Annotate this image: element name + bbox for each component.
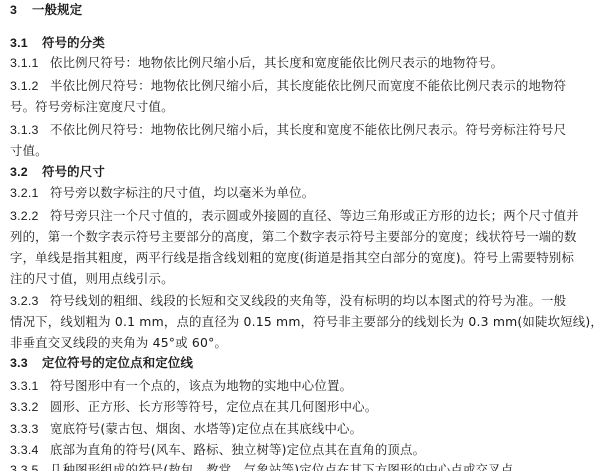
chapter-heading: 3一般规定 <box>10 2 82 18</box>
clause-3-2-2-cont-1: 列的，第一个数字表示符号主要部分的高度，第二个数字表示符号主要部分的宽度；线状符… <box>10 229 577 245</box>
clause-number: 3.3.5 <box>10 462 50 471</box>
clause-3-1-3: 3.1.3不依比例尺符号：地物依比例尺缩小后，其长度和宽度不能依比例尺表示。符号… <box>10 122 566 138</box>
chapter-title: 一般规定 <box>32 2 82 17</box>
clause-3-2-3-cont-1: 情况下，线划粗为 0.1 mm，点的直径为 0.15 mm，符号非主要部分的线划… <box>10 314 600 330</box>
clause-number: 3.1.2 <box>10 78 50 94</box>
section-number: 3.3 <box>10 355 42 371</box>
clause-text: 几种图形组成的符号(敖包、教堂、气象站等)定位点在其下方图形的中心点或交叉点。 <box>50 462 526 471</box>
clause-text: 依比例尺符号：地物依比例尺缩小后，其长度和宽度能依比例尺表示的地物符号。 <box>50 55 503 70</box>
section-title: 符号的尺寸 <box>42 164 105 179</box>
clause-3-1-2-cont: 号。符号旁标注宽度尺寸值。 <box>10 99 174 115</box>
clause-number: 3.2.1 <box>10 185 50 201</box>
clause-text: 符号旁以数字标注的尺寸值，均以毫米为单位。 <box>50 185 314 200</box>
clause-text: 不依比例尺符号：地物依比例尺缩小后，其长度和宽度不能依比例尺表示。符号旁标注符号… <box>50 122 566 137</box>
clause-text: 符号图形中有一个点的，该点为地物的实地中心位置。 <box>50 378 352 393</box>
clause-3-2-3: 3.2.3符号线划的粗细、线段的长短和交叉线段的夹角等，没有标明的均以本图式的符… <box>10 293 566 309</box>
clause-3-3-1: 3.3.1符号图形中有一个点的，该点为地物的实地中心位置。 <box>10 378 352 394</box>
clause-text: 情况下，线划粗为 0.1 mm，点的直径为 0.15 mm，符号非主要部分的线划… <box>10 314 600 329</box>
section-title: 符号的分类 <box>42 35 105 50</box>
chapter-number: 3 <box>10 2 32 18</box>
section-number: 3.1 <box>10 35 42 51</box>
clause-number: 3.2.3 <box>10 293 50 309</box>
clause-number: 3.3.3 <box>10 421 50 437</box>
section-heading-3-2: 3.2符号的尺寸 <box>10 164 105 180</box>
section-title: 定位符号的定位点和定位线 <box>42 355 193 370</box>
clause-3-3-5: 3.3.5几种图形组成的符号(敖包、教堂、气象站等)定位点在其下方图形的中心点或… <box>10 462 526 471</box>
clause-text: 符号旁只注一个尺寸值的，表示圆或外接圆的直径、等边三角形或正方形的边长；两个尺寸… <box>50 208 579 223</box>
clause-text: 宽底符号(蒙古包、烟囱、水塔等)定位点在其底线中心。 <box>50 421 362 436</box>
clause-number: 3.3.4 <box>10 442 50 458</box>
clause-3-2-3-cont-2: 非垂直交叉线段的夹角为 45°或 60°。 <box>10 335 227 351</box>
clause-3-1-1: 3.1.1依比例尺符号：地物依比例尺缩小后，其长度和宽度能依比例尺表示的地物符号… <box>10 55 503 71</box>
clause-text: 注的尺寸值，则用点线引示。 <box>10 271 174 286</box>
clause-3-2-2-cont-3: 注的尺寸值，则用点线引示。 <box>10 271 174 287</box>
clause-number: 3.3.1 <box>10 378 50 394</box>
clause-text: 非垂直交叉线段的夹角为 45°或 60°。 <box>10 335 227 350</box>
clause-number: 3.3.2 <box>10 399 50 415</box>
clause-3-1-2: 3.1.2半依比例尺符号：地物依比例尺缩小后，其长度能依比例尺而宽度不能依比例尺… <box>10 78 566 94</box>
section-number: 3.2 <box>10 164 42 180</box>
section-heading-3-1: 3.1符号的分类 <box>10 35 105 51</box>
clause-text: 寸值。 <box>10 143 48 158</box>
clause-text: 号。符号旁标注宽度尺寸值。 <box>10 99 174 114</box>
clause-text: 半依比例尺符号：地物依比例尺缩小后，其长度能依比例尺而宽度不能依比例尺表示的地物… <box>50 78 566 93</box>
clause-text: 列的，第一个数字表示符号主要部分的高度，第二个数字表示符号主要部分的宽度；线状符… <box>10 229 577 244</box>
clause-text: 底部为直角的符号(风车、路标、独立树等)定位点其在直角的顶点。 <box>50 442 425 457</box>
clause-text: 符号线划的粗细、线段的长短和交叉线段的夹角等，没有标明的均以本图式的符号为准。一… <box>50 293 566 308</box>
clause-3-3-2: 3.3.2圆形、正方形、长方形等符号，定位点在其几何图形中心。 <box>10 399 377 415</box>
clause-3-2-2-cont-2: 字，单线是指其粗度，两平行线是指含线划粗的宽度(街道是指其空白部分的宽度)。符号… <box>10 250 574 266</box>
clause-3-3-3: 3.3.3宽底符号(蒙古包、烟囱、水塔等)定位点在其底线中心。 <box>10 421 362 437</box>
clause-number: 3.1.3 <box>10 122 50 138</box>
clause-3-2-1: 3.2.1符号旁以数字标注的尺寸值，均以毫米为单位。 <box>10 185 314 201</box>
clause-3-2-2: 3.2.2符号旁只注一个尺寸值的，表示圆或外接圆的直径、等边三角形或正方形的边长… <box>10 208 579 224</box>
clause-number: 3.1.1 <box>10 55 50 71</box>
clause-text: 字，单线是指其粗度，两平行线是指含线划粗的宽度(街道是指其空白部分的宽度)。符号… <box>10 250 574 265</box>
section-heading-3-3: 3.3定位符号的定位点和定位线 <box>10 355 193 371</box>
clause-text: 圆形、正方形、长方形等符号，定位点在其几何图形中心。 <box>50 399 377 414</box>
clause-3-1-3-cont: 寸值。 <box>10 143 48 159</box>
clause-number: 3.2.2 <box>10 208 50 224</box>
clause-3-3-4: 3.3.4底部为直角的符号(风车、路标、独立树等)定位点其在直角的顶点。 <box>10 442 425 458</box>
